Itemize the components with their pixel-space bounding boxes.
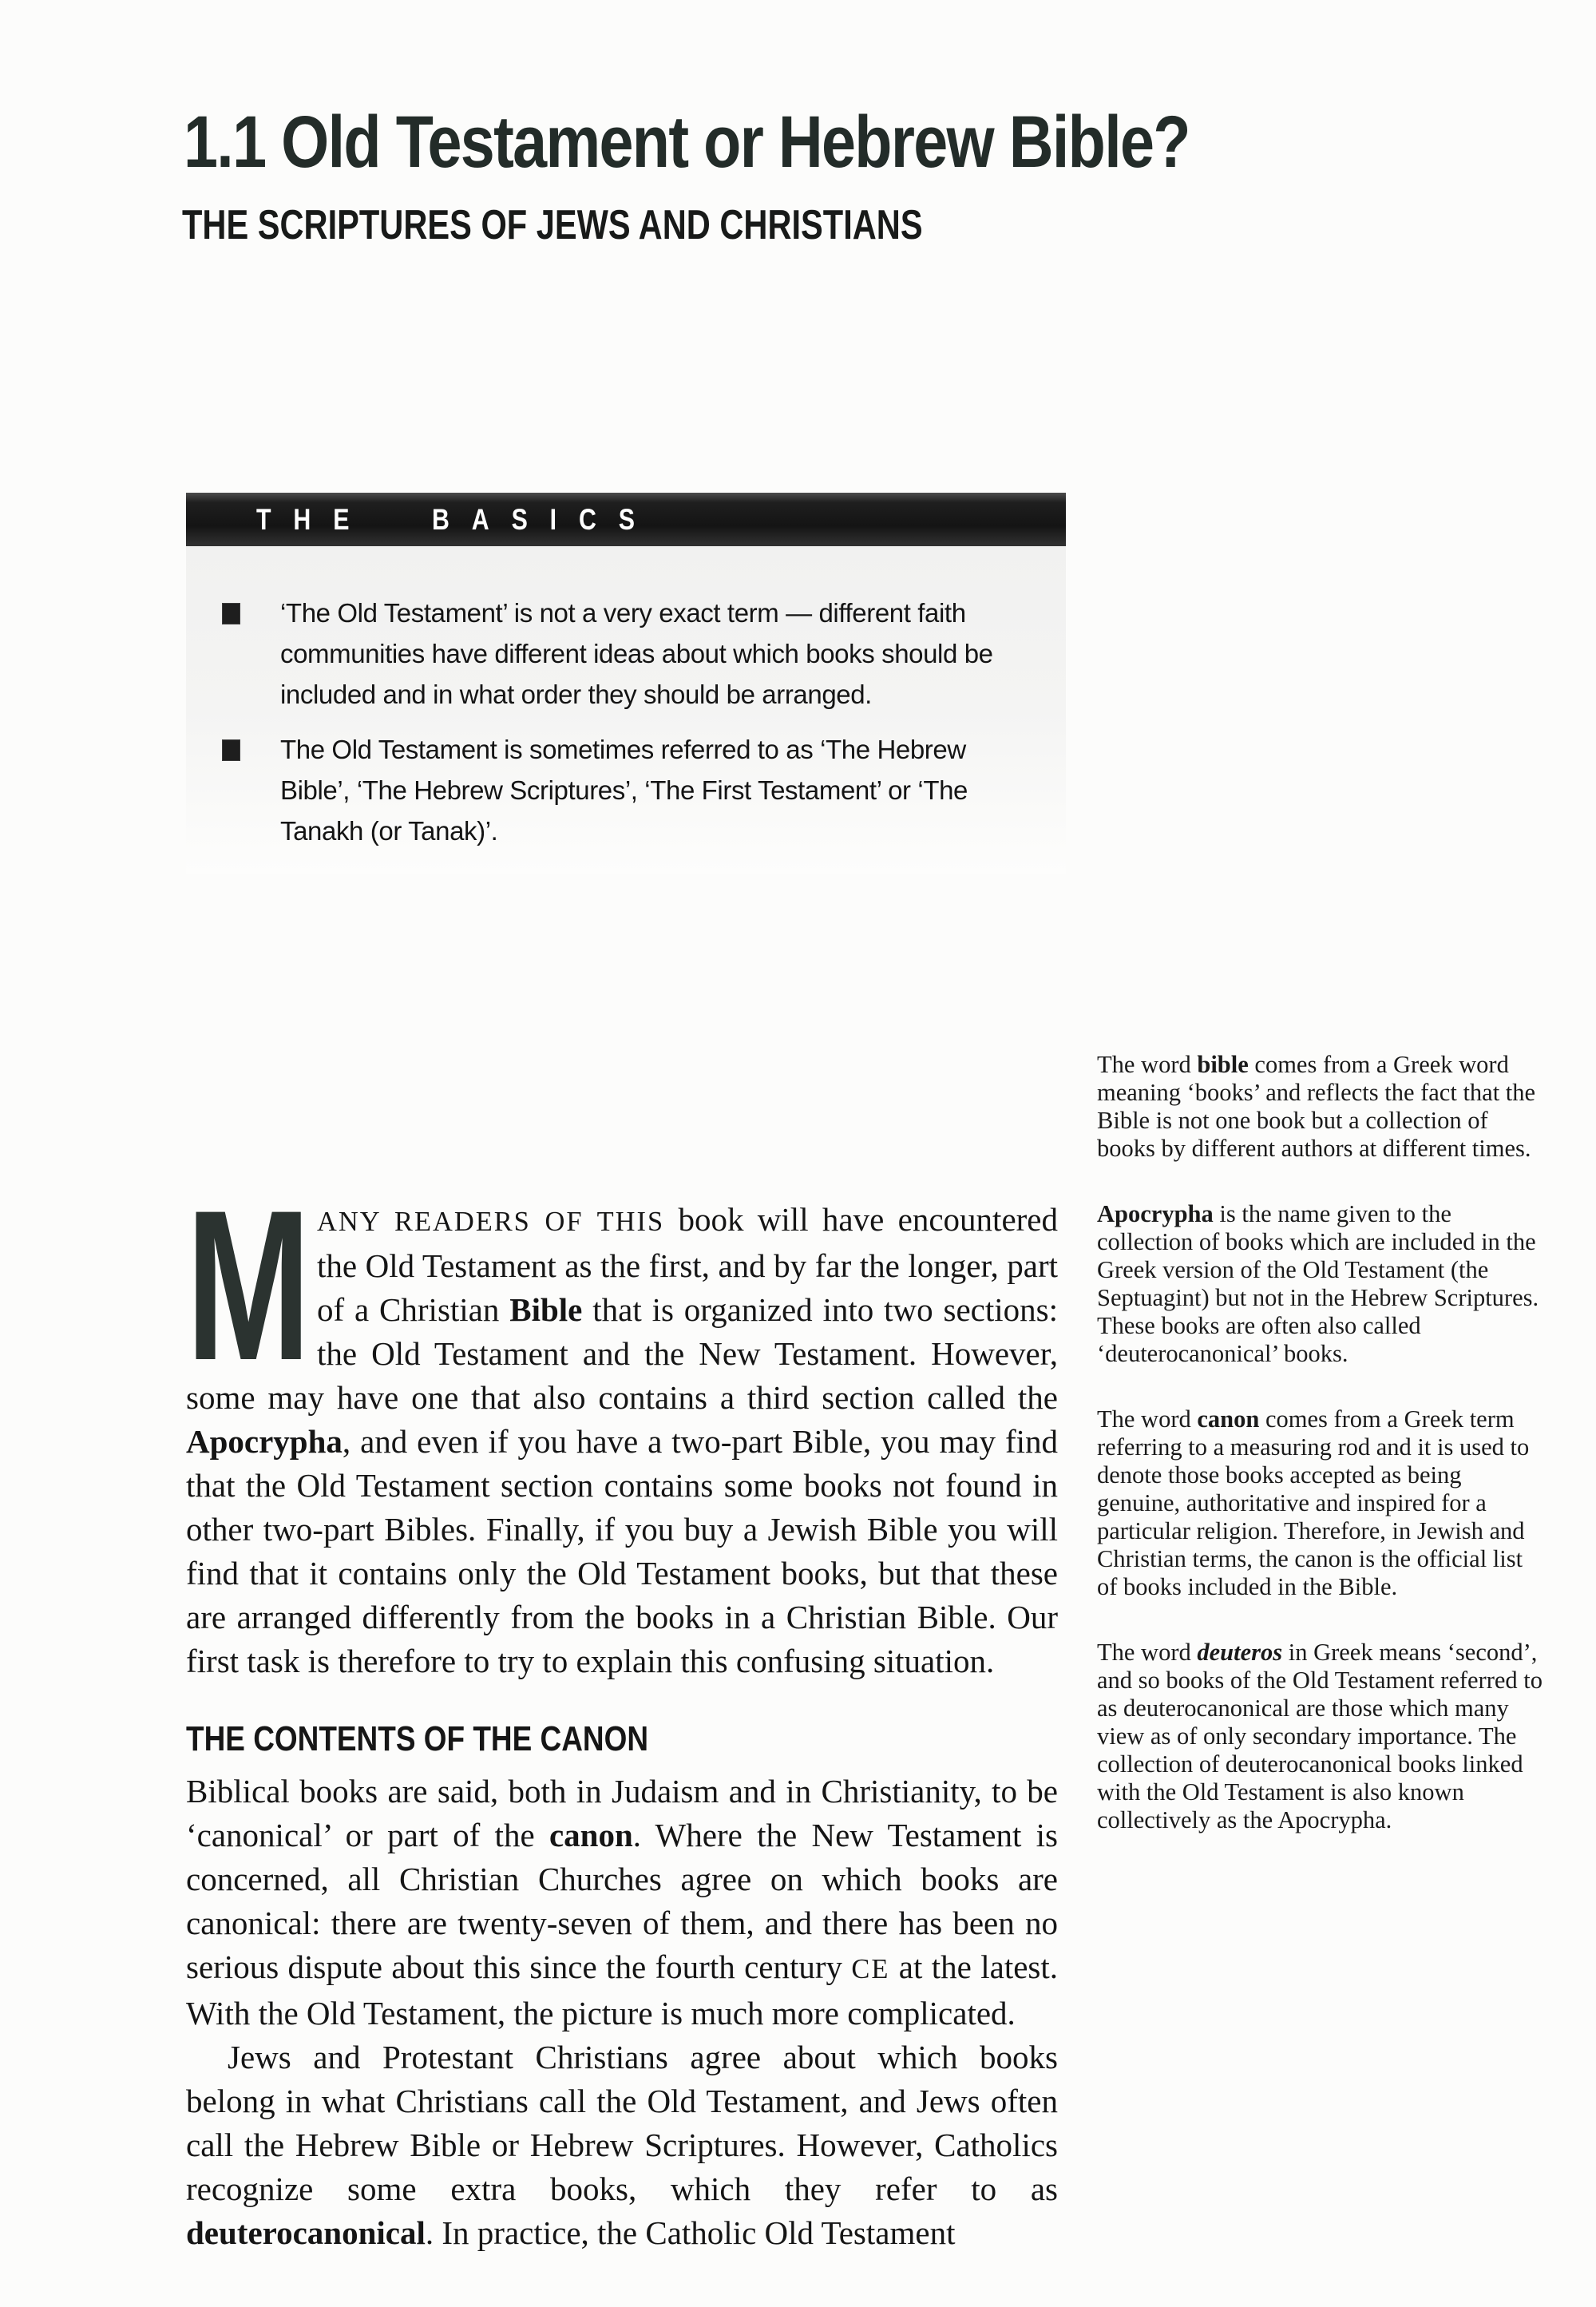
body-paragraph-2: Biblical books are said, both in Judaism… [186, 1770, 1058, 2035]
the-basics-header-bar: THE BASICS [186, 493, 1066, 546]
basics-bullet-item: ‘The Old Testament’ is not a very exact … [223, 593, 1018, 715]
the-basics-list: ‘The Old Testament’ is not a very exact … [223, 593, 1018, 851]
body-paragraph-1: MANY READERS OF THIS book will have enco… [186, 1198, 1058, 1683]
chapter-subtitle: THE SCRIPTURES OF JEWS AND CHRISTIANS [182, 201, 923, 249]
section-heading-contents-of-the-canon: THE CONTENTS OF THE CANON [186, 1720, 918, 1758]
glossary-entry-apocrypha: Apocrypha is the name given to the colle… [1097, 1200, 1549, 1368]
drop-cap-letter: M [186, 1198, 273, 1375]
chapter-title: 1.1 Old Testament or Hebrew Bible? [184, 102, 1190, 182]
the-basics-header-label: THE BASICS [256, 503, 657, 537]
margin-glossary-column: The word bible comes from a Greek word m… [1097, 1051, 1549, 1872]
the-basics-body: ‘The Old Testament’ is not a very exact … [186, 546, 1066, 874]
body-paragraph-1-text: ANY READERS OF THIS book will have encou… [186, 1201, 1058, 1679]
basics-bullet-item: The Old Testament is sometimes referred … [223, 729, 1018, 851]
glossary-entry-deuteros: The word deuteros in Greek means ‘second… [1097, 1639, 1549, 1834]
glossary-entry-canon: The word canon comes from a Greek term r… [1097, 1405, 1549, 1601]
body-paragraph-3: Jews and Protestant Christians agree abo… [186, 2035, 1058, 2255]
square-bullet-icon [223, 604, 240, 624]
glossary-entry-bible: The word bible comes from a Greek word m… [1097, 1051, 1549, 1163]
main-text-column: MANY READERS OF THIS book will have enco… [186, 1198, 1058, 2255]
the-basics-box: THE BASICS ‘The Old Testament’ is not a … [186, 493, 1066, 874]
square-bullet-icon [223, 740, 240, 760]
basics-bullet-text: The Old Testament is sometimes referred … [280, 735, 968, 846]
basics-bullet-text: ‘The Old Testament’ is not a very exact … [280, 598, 993, 709]
book-page: 1.1 Old Testament or Hebrew Bible? THE S… [0, 0, 1596, 2307]
